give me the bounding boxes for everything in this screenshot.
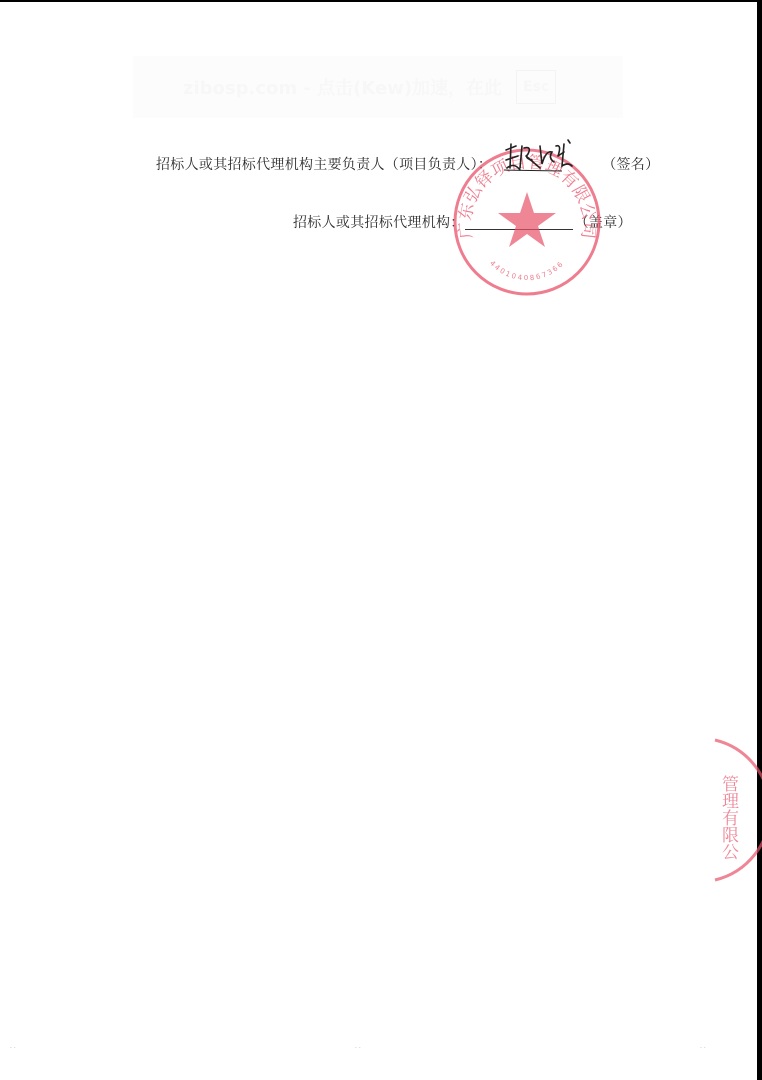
partial-seal-icon: 管理有限公 [680,735,762,885]
faint-watermark-banner: zibosp.com - 点击(Kew)加速，在此 Esc [133,56,623,118]
page-border-top [0,0,762,2]
signature-label: 招标人或其招标代理机构主要负责人（项目负责人）： [156,157,492,173]
handwritten-signature [502,138,580,178]
esc-button[interactable]: Esc [516,70,556,104]
scan-speck: · · [10,1045,16,1052]
page-border-right [757,0,762,1080]
scan-speck: · · [700,1045,706,1052]
signature-suffix: （签名） [602,157,659,173]
scan-speck: · · [355,1045,361,1052]
svg-text:4401040867366: 4401040867366 [488,259,566,282]
banner-text: zibosp.com - 点击(Kew)加速，在此 [183,74,502,100]
stamp-label: 招标人或其招标代理机构： [293,215,465,231]
svg-text:管理有限公: 管理有限公 [718,775,739,861]
